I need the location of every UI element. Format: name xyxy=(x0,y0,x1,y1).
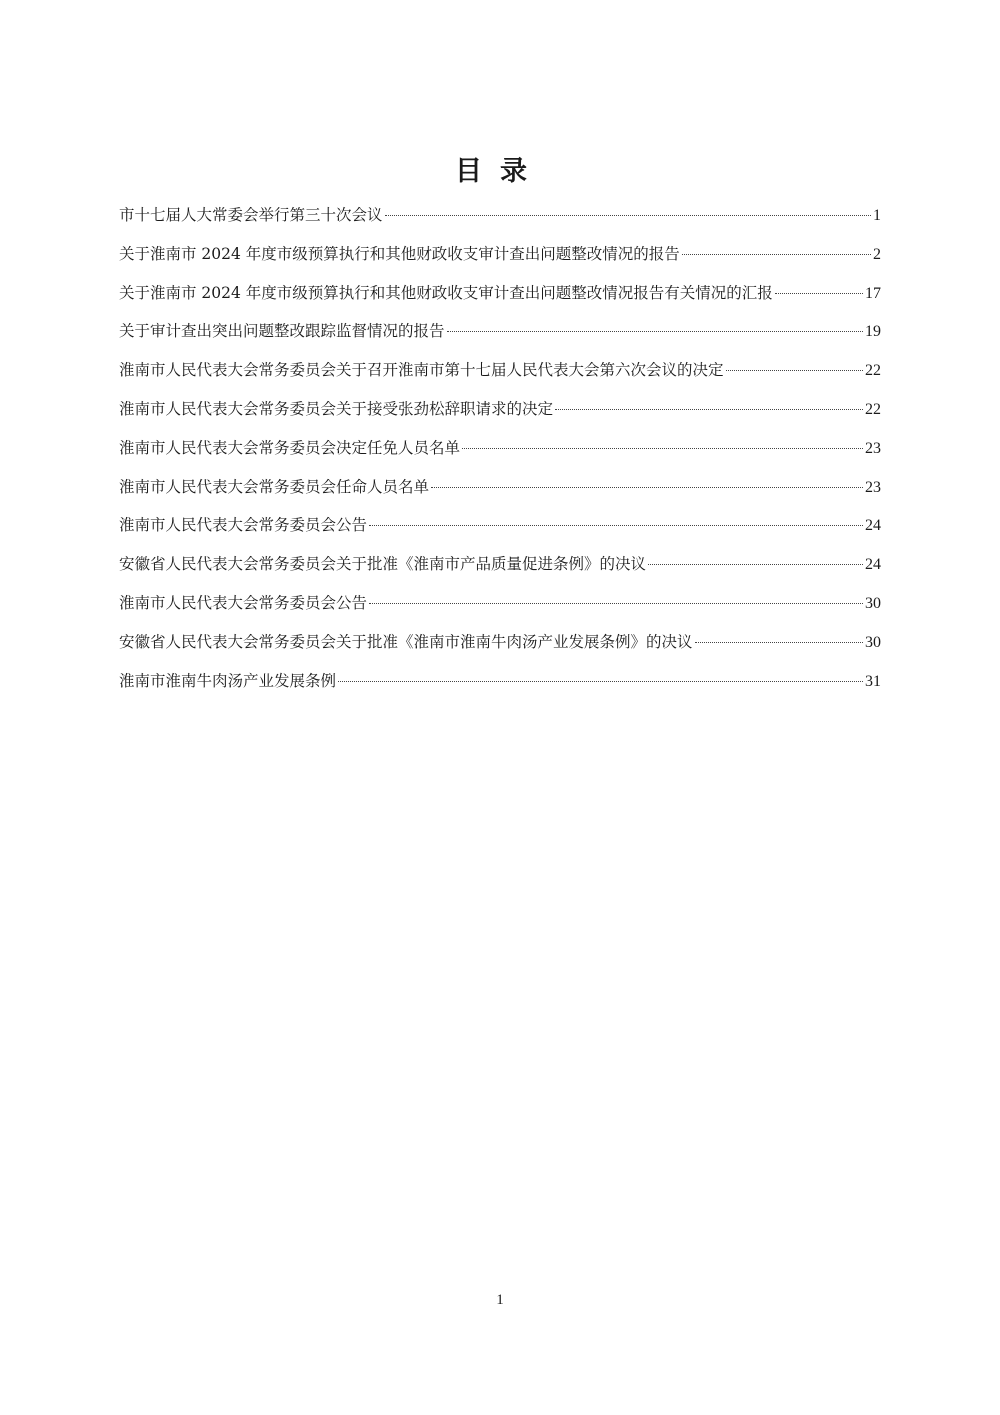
toc-entry-label: 淮南市人民代表大会常务委员会关于召开淮南市第十七届人民代表大会第六次会议的决定 xyxy=(119,357,724,383)
toc-entry[interactable]: 淮南市人民代表大会常务委员会关于召开淮南市第十七届人民代表大会第六次会议的决定 … xyxy=(119,357,881,396)
dot-leader xyxy=(648,564,863,565)
toc-entry-label: 市十七届人大常委会举行第三十次会议 xyxy=(119,202,383,228)
toc-entry[interactable]: 淮南市人民代表大会常务委员会公告 24 xyxy=(119,512,881,551)
toc-entry-label: 淮南市淮南牛肉汤产业发展条例 xyxy=(119,668,336,694)
toc-entry-page: 22 xyxy=(865,358,881,384)
dot-leader xyxy=(338,681,863,682)
toc-title: 目录 xyxy=(0,152,1000,192)
toc-entry[interactable]: 市十七届人大常委会举行第三十次会议 1 xyxy=(119,202,881,241)
toc-entry[interactable]: 关于审计查出突出问题整改跟踪监督情况的报告 19 xyxy=(119,318,881,357)
toc-entry-page: 1 xyxy=(873,203,881,229)
dot-leader xyxy=(555,409,863,410)
toc-entry-label: 关于淮南市 2024 年度市级预算执行和其他财政收支审计查出问题整改情况报告有关… xyxy=(119,280,773,306)
dot-leader xyxy=(431,487,863,488)
toc-entry-page: 23 xyxy=(865,475,881,501)
toc-entry[interactable]: 淮南市人民代表大会常务委员会公告 30 xyxy=(119,590,881,629)
toc-entry-label: 安徽省人民代表大会常务委员会关于批准《淮南市淮南牛肉汤产业发展条例》的决议 xyxy=(119,629,693,655)
dot-leader xyxy=(775,293,863,294)
dot-leader xyxy=(385,215,871,216)
toc-entry[interactable]: 淮南市人民代表大会常务委员会关于接受张劲松辞职请求的决定 22 xyxy=(119,396,881,435)
dot-leader xyxy=(369,603,863,604)
toc-entry-label: 淮南市人民代表大会常务委员会公告 xyxy=(119,512,367,538)
dot-leader xyxy=(369,525,863,526)
toc-entry-page: 31 xyxy=(865,669,881,695)
document-page: 目录 市十七届人大常委会举行第三十次会议 1 关于淮南市 2024 年度市级预算… xyxy=(0,0,1000,1415)
dot-leader xyxy=(462,448,863,449)
toc-entry-page: 19 xyxy=(865,319,881,345)
dot-leader xyxy=(726,370,863,371)
toc-entry-page: 24 xyxy=(865,513,881,539)
dot-leader xyxy=(682,254,871,255)
toc-entry[interactable]: 安徽省人民代表大会常务委员会关于批准《淮南市产品质量促进条例》的决议 24 xyxy=(119,551,881,590)
toc-entry[interactable]: 淮南市人民代表大会常务委员会决定任免人员名单 23 xyxy=(119,435,881,474)
dot-leader xyxy=(695,642,863,643)
toc-entry-page: 17 xyxy=(865,281,881,307)
toc-entry[interactable]: 淮南市淮南牛肉汤产业发展条例 31 xyxy=(119,668,881,707)
toc-entry-label: 淮南市人民代表大会常务委员会任命人员名单 xyxy=(119,474,429,500)
dot-leader xyxy=(447,331,863,332)
toc-entry-label: 淮南市人民代表大会常务委员会公告 xyxy=(119,590,367,616)
page-number: 1 xyxy=(0,1292,1000,1309)
toc-entry-label: 关于淮南市 2024 年度市级预算执行和其他财政收支审计查出问题整改情况的报告 xyxy=(119,241,680,267)
toc-entry-label: 安徽省人民代表大会常务委员会关于批准《淮南市产品质量促进条例》的决议 xyxy=(119,551,646,577)
toc-entry-page: 23 xyxy=(865,436,881,462)
toc-entry[interactable]: 安徽省人民代表大会常务委员会关于批准《淮南市淮南牛肉汤产业发展条例》的决议 30 xyxy=(119,629,881,668)
toc-entry[interactable]: 关于淮南市 2024 年度市级预算执行和其他财政收支审计查出问题整改情况的报告 … xyxy=(119,241,881,280)
toc-entry-page: 24 xyxy=(865,552,881,578)
toc-entry-page: 30 xyxy=(865,591,881,617)
toc-entry-label: 关于审计查出突出问题整改跟踪监督情况的报告 xyxy=(119,318,445,344)
toc-entry-page: 30 xyxy=(865,630,881,656)
toc-entry[interactable]: 关于淮南市 2024 年度市级预算执行和其他财政收支审计查出问题整改情况报告有关… xyxy=(119,280,881,319)
toc-entry[interactable]: 淮南市人民代表大会常务委员会任命人员名单 23 xyxy=(119,474,881,513)
toc-entry-page: 2 xyxy=(873,242,881,268)
toc-entry-label: 淮南市人民代表大会常务委员会决定任免人员名单 xyxy=(119,435,460,461)
table-of-contents: 市十七届人大常委会举行第三十次会议 1 关于淮南市 2024 年度市级预算执行和… xyxy=(119,202,881,706)
toc-entry-page: 22 xyxy=(865,397,881,423)
toc-entry-label: 淮南市人民代表大会常务委员会关于接受张劲松辞职请求的决定 xyxy=(119,396,553,422)
